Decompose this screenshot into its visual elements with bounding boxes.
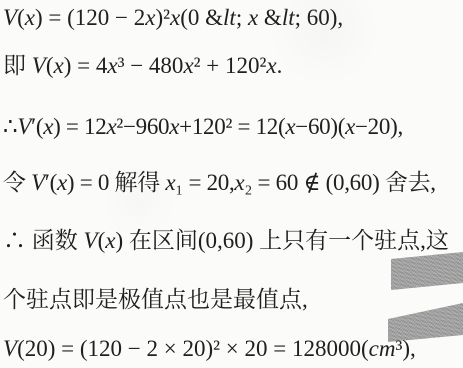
math-line-1: V(x) = (120 − 2x)²x(0 &lt; x &lt; 60),: [3, 3, 343, 33]
math-line-3: ∴V′(x) = 12x²−960x+120² = 12(x−60)(x−20)…: [3, 112, 403, 142]
math-line-6: 个驻点即是极值点也是最值点,: [3, 285, 308, 315]
math-line-4: 令 V′(x) = 0 解得 x₁ = 20,x₂ = 60 ∉ (0,60) …: [3, 168, 436, 198]
math-line-5: ∴ 函数 V(x) 在区间(0,60) 上只有一个驻点,这: [3, 226, 449, 256]
math-line-2: 即 V(x) = 4x³ − 480x² + 120²x.: [3, 51, 282, 81]
scan-smudge-top: [391, 252, 463, 290]
scanned-page: V(x) = (120 − 2x)²x(0 &lt; x &lt; 60), 即…: [0, 0, 463, 368]
math-line-7: V(20) = (120 − 2 × 20)² × 20 = 128000(cm…: [3, 334, 416, 364]
